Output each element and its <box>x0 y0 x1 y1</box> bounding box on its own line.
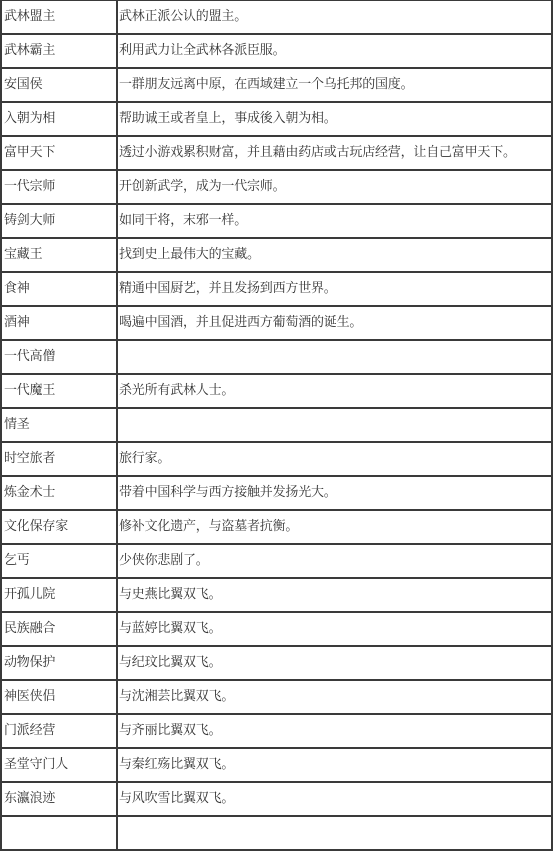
endings-table: 武林盟主武林正派公认的盟主。 武林霸主利用武力让全武林各派臣服。 安国侯一群朋友… <box>0 0 553 851</box>
ending-description: 与史燕比翼双飞。 <box>117 578 552 612</box>
ending-description: 带着中国科学与西方接触并发扬光大。 <box>117 476 552 510</box>
ending-name: 入朝为相 <box>1 102 117 136</box>
table-row: 武林霸主利用武力让全武林各派臣服。 <box>1 34 552 68</box>
ending-name: 情圣 <box>1 408 117 442</box>
table-row: 食神精通中国厨艺，并且发扬到西方世界。 <box>1 272 552 306</box>
ending-name: 乞丐 <box>1 544 117 578</box>
ending-description: 与风吹雪比翼双飞。 <box>117 782 552 816</box>
ending-description <box>117 816 552 850</box>
ending-name: 动物保护 <box>1 646 117 680</box>
ending-description: 开创新武学，成为一代宗师。 <box>117 170 552 204</box>
ending-description: 与沈湘芸比翼双飞。 <box>117 680 552 714</box>
table-row: 武林盟主武林正派公认的盟主。 <box>1 0 552 34</box>
ending-description: 如同干将，末邪一样。 <box>117 204 552 238</box>
table-row: 神医侠侣与沈湘芸比翼双飞。 <box>1 680 552 714</box>
ending-description: 杀光所有武林人士。 <box>117 374 552 408</box>
table-row: 民族融合与蓝婷比翼双飞。 <box>1 612 552 646</box>
ending-description: 与齐丽比翼双飞。 <box>117 714 552 748</box>
ending-description: 少侠你悲剧了。 <box>117 544 552 578</box>
ending-name: 食神 <box>1 272 117 306</box>
ending-description: 修补文化遗产，与盗墓者抗衡。 <box>117 510 552 544</box>
table-row: 一代高僧 <box>1 340 552 374</box>
ending-name: 东瀛浪迹 <box>1 782 117 816</box>
table-row: 一代魔王杀光所有武林人士。 <box>1 374 552 408</box>
ending-name: 文化保存家 <box>1 510 117 544</box>
ending-name: 宝藏王 <box>1 238 117 272</box>
ending-description <box>117 408 552 442</box>
ending-description: 与纪玟比翼双飞。 <box>117 646 552 680</box>
ending-name: 一代高僧 <box>1 340 117 374</box>
table-row: 门派经营与齐丽比翼双飞。 <box>1 714 552 748</box>
table-row: 宝藏王找到史上最伟大的宝藏。 <box>1 238 552 272</box>
table-row: 东瀛浪迹与风吹雪比翼双飞。 <box>1 782 552 816</box>
ending-description: 一群朋友远离中原，在西域建立一个乌托邦的国度。 <box>117 68 552 102</box>
table-row: 安国侯一群朋友远离中原，在西域建立一个乌托邦的国度。 <box>1 68 552 102</box>
table-row: 文化保存家修补文化遗产，与盗墓者抗衡。 <box>1 510 552 544</box>
ending-description: 透过小游戏累积财富，并且藉由药店或古玩店经营，让自己富甲天下。 <box>117 136 552 170</box>
ending-name: 圣堂守门人 <box>1 748 117 782</box>
ending-name: 神医侠侣 <box>1 680 117 714</box>
ending-description: 帮助诚王或者皇上，事成後入朝为相。 <box>117 102 552 136</box>
ending-description: 精通中国厨艺，并且发扬到西方世界。 <box>117 272 552 306</box>
ending-name <box>1 816 117 850</box>
table-row: 入朝为相帮助诚王或者皇上，事成後入朝为相。 <box>1 102 552 136</box>
table-row: 动物保护与纪玟比翼双飞。 <box>1 646 552 680</box>
ending-name: 富甲天下 <box>1 136 117 170</box>
ending-name: 一代宗师 <box>1 170 117 204</box>
table-row: 乞丐少侠你悲剧了。 <box>1 544 552 578</box>
table-row <box>1 816 552 850</box>
table-row: 圣堂守门人与秦红殇比翼双飞。 <box>1 748 552 782</box>
ending-name: 一代魔王 <box>1 374 117 408</box>
ending-description: 找到史上最伟大的宝藏。 <box>117 238 552 272</box>
table-row: 一代宗师开创新武学，成为一代宗师。 <box>1 170 552 204</box>
ending-name: 铸剑大师 <box>1 204 117 238</box>
table-row: 铸剑大师如同干将，末邪一样。 <box>1 204 552 238</box>
ending-name: 时空旅者 <box>1 442 117 476</box>
ending-description: 喝遍中国酒，并且促进西方葡萄酒的诞生。 <box>117 306 552 340</box>
table-row: 富甲天下透过小游戏累积财富，并且藉由药店或古玩店经营，让自己富甲天下。 <box>1 136 552 170</box>
ending-name: 炼金术士 <box>1 476 117 510</box>
ending-description: 利用武力让全武林各派臣服。 <box>117 34 552 68</box>
ending-description: 与蓝婷比翼双飞。 <box>117 612 552 646</box>
table-row: 开孤儿院与史燕比翼双飞。 <box>1 578 552 612</box>
table-row: 时空旅者旅行家。 <box>1 442 552 476</box>
ending-description: 与秦红殇比翼双飞。 <box>117 748 552 782</box>
ending-name: 门派经营 <box>1 714 117 748</box>
ending-description: 武林正派公认的盟主。 <box>117 0 552 34</box>
ending-name: 酒神 <box>1 306 117 340</box>
ending-name: 武林盟主 <box>1 0 117 34</box>
ending-name: 安国侯 <box>1 68 117 102</box>
ending-name: 民族融合 <box>1 612 117 646</box>
ending-description <box>117 340 552 374</box>
table-row: 酒神喝遍中国酒，并且促进西方葡萄酒的诞生。 <box>1 306 552 340</box>
table-row: 炼金术士带着中国科学与西方接触并发扬光大。 <box>1 476 552 510</box>
ending-name: 开孤儿院 <box>1 578 117 612</box>
ending-description: 旅行家。 <box>117 442 552 476</box>
table-row: 情圣 <box>1 408 552 442</box>
ending-name: 武林霸主 <box>1 34 117 68</box>
